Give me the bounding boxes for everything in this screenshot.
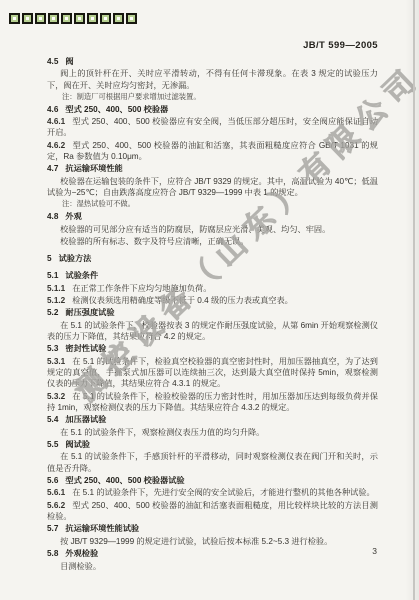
text-run: 在 5.1 的试验条件下，观察检测仪表压力值的均匀升降。 xyxy=(60,428,264,437)
clause-paragraph: 5.1.1在正常工作条件下应均匀地施加负荷。 xyxy=(47,283,378,294)
text-run: 目测检验。 xyxy=(60,562,101,571)
clause-number: 4.6.1 xyxy=(47,117,65,126)
punch-mark xyxy=(113,13,124,24)
clause-paragraph: 4.6.2型式 250、400、500 校验器的油缸和活塞，其表面粗糙度应符合 … xyxy=(47,140,378,162)
text-run: 加压器试验 xyxy=(65,415,106,424)
text-run: 在 5.1 的试验条件下，检验真空校验器的真空密封性时，用加压器抽真空，为了达到… xyxy=(47,357,378,388)
punch-mark xyxy=(22,13,33,24)
paragraph: 按 JB/T 9329—1999 的规定进行试验，试验后按本标准 5.2~5.3… xyxy=(47,536,378,547)
clause-number: 5 xyxy=(47,254,52,263)
page-number: 3 xyxy=(372,546,377,556)
clause-paragraph: 5.3.2在 5.1 的试验条件下，检验校验器的压力密封性时，用加压器加压达到每… xyxy=(47,391,378,413)
section-heading: 5.6型式 250、400、500 校验器试验 xyxy=(47,475,378,486)
clause-number: 4.8 xyxy=(47,212,58,221)
clause-number: 5.1.1 xyxy=(47,284,65,293)
clause-number: 4.6.2 xyxy=(47,141,65,150)
text-run: 检测仪表须选用精确度等级不低于 0.4 级的压力表或真空表。 xyxy=(72,296,293,305)
text-run: 注：湿热试验可不做。 xyxy=(62,199,135,208)
punch-mark xyxy=(61,13,72,24)
text-run: 外观检验 xyxy=(65,549,98,558)
paragraph: 目测检验。 xyxy=(47,561,378,572)
punch-mark xyxy=(48,13,59,24)
clause-number: 4.6 xyxy=(47,105,58,114)
text-run: 校验器在运输包装的条件下，应符合 JB/T 9329 的规定。其中，高温试验为 … xyxy=(47,177,378,197)
text-run: 抗运输环境性能 xyxy=(65,164,122,173)
section-heading: 5.8外观检验 xyxy=(47,548,378,559)
punch-mark xyxy=(35,13,46,24)
punch-mark xyxy=(74,13,85,24)
text-run: 按 JB/T 9329—1999 的规定进行试验，试验后按本标准 5.2~5.3… xyxy=(60,537,332,546)
text-run: 在正常工作条件下应均匀地施加负荷。 xyxy=(72,284,211,293)
section-heading: 4.5阀 xyxy=(47,56,378,67)
clause-number: 5.1 xyxy=(47,271,58,280)
paragraph: 校验器的可见部分应有适当的防腐层，防腐层应光滑、美观、均匀、牢固。 xyxy=(47,224,378,235)
text-run: 注：制造厂可根据用户要求增加过滤装置。 xyxy=(62,92,201,101)
text-run: 阀上的顶针杆在开、关时应平滑转动，不得有任何卡滞现象。在表 3 规定的试验压力下… xyxy=(47,69,378,89)
document-page: JB/T 599—2005 4.5阀阀上的顶针杆在开、关时应平滑转动，不得有任何… xyxy=(0,0,419,600)
clause-paragraph: 5.3.1在 5.1 的试验条件下，检验真空校验器的真空密封性时，用加压器抽真空… xyxy=(47,356,378,390)
content-column: 4.5阀阀上的顶针杆在开、关时应平滑转动，不得有任何卡滞现象。在表 3 规定的试… xyxy=(47,56,378,573)
text-run: 外观 xyxy=(65,212,81,221)
text-run: 在 5.1 的试验条件下，校验器按表 3 的规定作耐压强度试验，从第 6min … xyxy=(47,321,378,341)
text-run: 在 5.1 的试验条件下，检验校验器的压力密封性时，用加压器加压达到每级负荷并保… xyxy=(47,392,378,412)
section-heading: 4.8外观 xyxy=(47,211,378,222)
clause-number: 5.2 xyxy=(47,308,58,317)
section-heading: 5.2耐压强度试验 xyxy=(47,307,378,318)
clause-number: 5.7 xyxy=(47,524,58,533)
text-run: 校验器的可见部分应有适当的防腐层，防腐层应光滑、美观、均匀、牢固。 xyxy=(60,225,330,234)
text-run: 密封性试验 xyxy=(65,344,106,353)
punch-mark xyxy=(9,13,20,24)
clause-paragraph: 5.6.1在 5.1 的试验条件下，先进行安全阀的安全试验后，才能进行整机的其他… xyxy=(47,487,378,498)
text-run: 在 5.1 的试验条件下，手感顶针杆的平滑移动，同时观察检测仪表在阀门开和关时，… xyxy=(47,452,378,472)
text-run: 抗运输环境性能试验 xyxy=(65,524,139,533)
text-run: 型式 250、400、500 校验器的油缸和活塞，其表面粗糙度应符合 GB/T … xyxy=(47,141,378,161)
clause-paragraph: 5.1.2检测仪表须选用精确度等级不低于 0.4 级的压力表或真空表。 xyxy=(47,295,378,306)
paragraph: 在 5.1 的试验条件下，校验器按表 3 的规定作耐压强度试验，从第 6min … xyxy=(47,320,378,342)
text-run: 阀试验 xyxy=(65,440,90,449)
section-heading: 5.7抗运输环境性能试验 xyxy=(47,523,378,534)
paragraph: 在 5.1 的试验条件下，手感顶针杆的平滑移动，同时观察检测仪表在阀门开和关时，… xyxy=(47,451,378,473)
clause-number: 5.6.2 xyxy=(47,501,65,510)
section-heading: 4.7抗运输环境性能 xyxy=(47,163,378,174)
text-run: 型式 250、400、500 校验器的油缸和活塞表面粗糙度，用比较样块比较的方法… xyxy=(47,501,378,521)
clause-number: 5.5 xyxy=(47,440,58,449)
paragraph: 在 5.1 的试验条件下，观察检测仪表压力值的均匀升降。 xyxy=(47,427,378,438)
clause-number: 5.8 xyxy=(47,549,58,558)
punch-mark xyxy=(100,13,111,24)
clause-number: 5.3.2 xyxy=(47,392,65,401)
punch-marks xyxy=(9,13,137,24)
punch-mark xyxy=(87,13,98,24)
clause-paragraph: 5.6.2型式 250、400、500 校验器的油缸和活塞表面粗糙度，用比较样块… xyxy=(47,500,378,522)
section-heading: 5试验方法 xyxy=(47,253,378,264)
doc-number: JB/T 599—2005 xyxy=(303,40,378,51)
text-run: 在 5.1 的试验条件下，先进行安全阀的安全试验后，才能进行整机的其他各种试验。 xyxy=(72,488,375,497)
paragraph: 校验器在运输包装的条件下，应符合 JB/T 9329 的规定。其中，高温试验为 … xyxy=(47,176,378,198)
text-run: 试验方法 xyxy=(59,254,92,263)
section-heading: 5.5阀试验 xyxy=(47,439,378,450)
text-run: 校验器的所有标志、数字及符号应清晰，正确无误。 xyxy=(60,237,248,246)
note-line: 注：湿热试验可不做。 xyxy=(47,199,378,210)
note-line: 注：制造厂可根据用户要求增加过滤装置。 xyxy=(47,92,378,103)
section-heading: 5.4加压器试验 xyxy=(47,414,378,425)
text-run: 型式 250、400、500 校验器 xyxy=(65,105,168,114)
section-heading: 4.6型式 250、400、500 校验器 xyxy=(47,104,378,115)
page-edge-line xyxy=(413,0,415,600)
section-heading: 5.3密封性试验 xyxy=(47,343,378,354)
text-run: 阀 xyxy=(65,57,73,66)
clause-number: 4.7 xyxy=(47,164,58,173)
clause-number: 5.3.1 xyxy=(47,357,65,366)
page-edge-shade xyxy=(405,0,419,600)
paragraph: 阀上的顶针杆在开、关时应平滑转动，不得有任何卡滞现象。在表 3 规定的试验压力下… xyxy=(47,68,378,90)
clause-number: 5.1.2 xyxy=(47,296,65,305)
text-run: 试验条件 xyxy=(65,271,98,280)
clause-number: 4.5 xyxy=(47,57,58,66)
punch-mark xyxy=(126,13,137,24)
text-run: 型式 250、400、500 校验器应有安全阀，当低压部分超压时，安全阀应能保证… xyxy=(47,117,378,137)
clause-paragraph: 4.6.1型式 250、400、500 校验器应有安全阀，当低压部分超压时，安全… xyxy=(47,116,378,138)
clause-number: 5.3 xyxy=(47,344,58,353)
text-run: 型式 250、400、500 校验器试验 xyxy=(65,476,184,485)
clause-number: 5.4 xyxy=(47,415,58,424)
clause-number: 5.6.1 xyxy=(47,488,65,497)
section-heading: 5.1试验条件 xyxy=(47,270,378,281)
clause-number: 5.6 xyxy=(47,476,58,485)
paragraph: 校验器的所有标志、数字及符号应清晰，正确无误。 xyxy=(47,236,378,247)
text-run: 耐压强度试验 xyxy=(65,308,114,317)
